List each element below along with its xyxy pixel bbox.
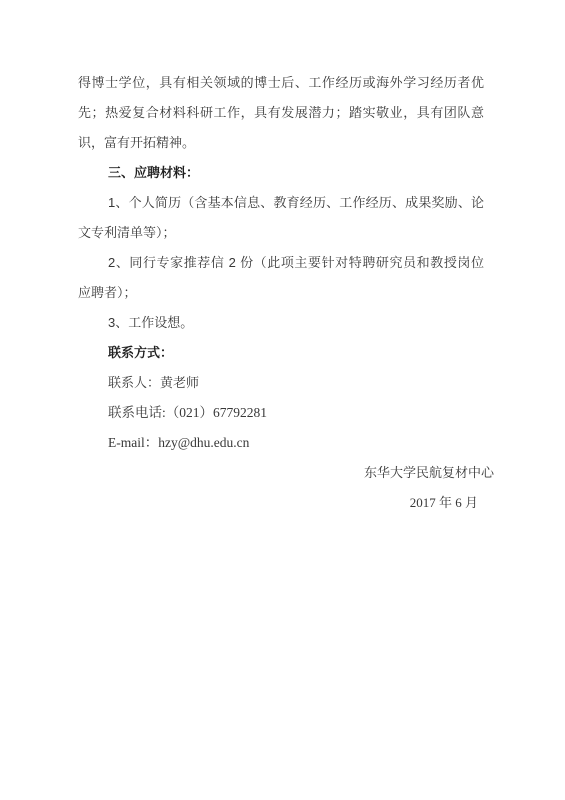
document-body: 得博士学位，具有相关领域的博士后、工作经历或海外学习经历者优 先；热爱复合材料科…: [78, 68, 484, 518]
signature-block: 东华大学民航复材中心 2017 年 6 月: [78, 458, 494, 518]
document-page: 得博士学位，具有相关领域的博士后、工作经历或海外学习经历者优 先；热爱复合材料科…: [0, 0, 565, 800]
intro-paragraph-line-2: 先；热爱复合材料科研工作，具有发展潜力；踏实敬业，具有团队意: [78, 98, 484, 128]
signature-date: 2017 年 6 月: [78, 488, 494, 518]
materials-item-2-line-2: 应聘者）；: [78, 278, 484, 308]
intro-paragraph-line-1: 得博士学位，具有相关领域的博士后、工作经历或海外学习经历者优: [78, 68, 484, 98]
materials-item-3: 3、工作设想。: [78, 308, 484, 338]
intro-paragraph-line-3: 识，富有开拓精神。: [78, 128, 484, 158]
contact-email: E-mail：hzy@dhu.edu.cn: [78, 428, 484, 458]
materials-item-2-line-1: 2、同行专家推荐信 2 份（此项主要针对特聘研究员和教授岗位: [78, 248, 484, 278]
contact-phone: 联系电话:（021）67792281: [78, 398, 484, 428]
section-heading-materials: 三、应聘材料：: [78, 158, 484, 188]
contact-heading: 联系方式：: [78, 338, 484, 368]
signature-organization: 东华大学民航复材中心: [78, 458, 494, 488]
materials-item-1-line-2: 文专利清单等）；: [78, 218, 484, 248]
materials-item-1-line-1: 1、个人简历（含基本信息、教育经历、工作经历、成果奖励、论: [78, 188, 484, 218]
contact-person: 联系人：黄老师: [78, 368, 484, 398]
